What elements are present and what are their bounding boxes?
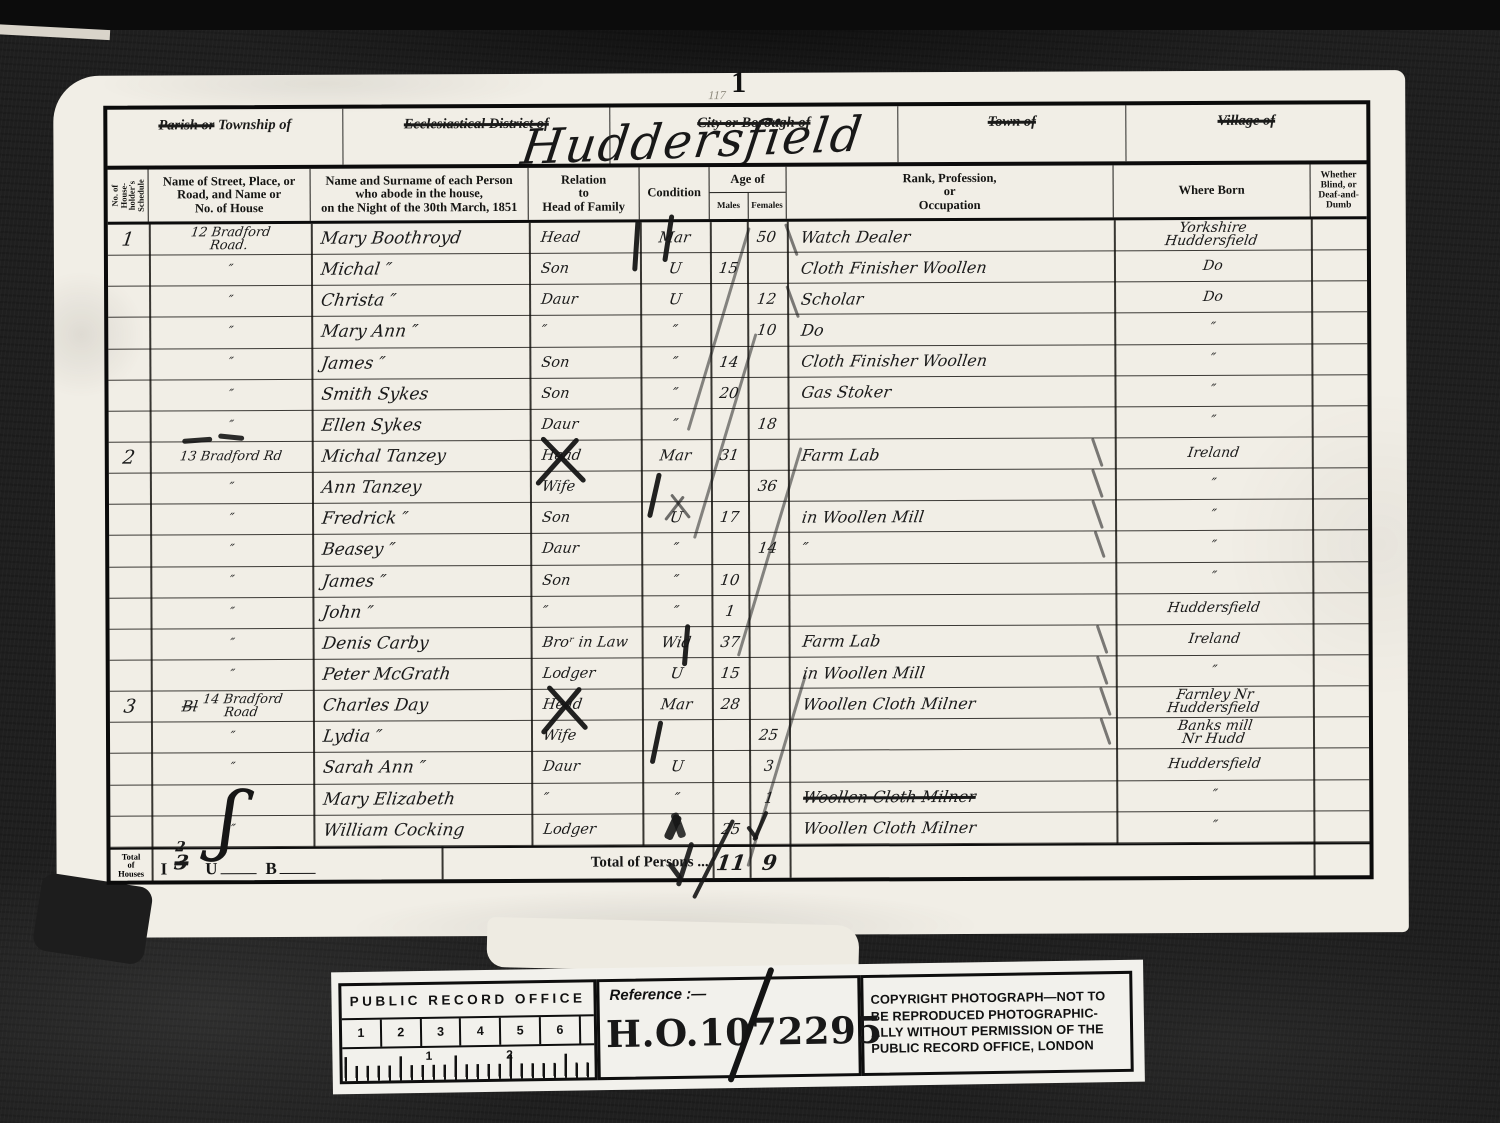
cell-relation: Broʳ in Law bbox=[531, 627, 642, 658]
cell-street: ″ bbox=[150, 598, 312, 629]
pro-office-title: PUBLIC RECORD OFFICE bbox=[341, 982, 594, 1020]
total-females: 9 bbox=[747, 847, 791, 878]
cell-born: Farnley Nr Huddersfield bbox=[1116, 687, 1313, 718]
census-page: 1 117 Huddersfield Parish or Township of… bbox=[53, 70, 1409, 938]
cell-blind bbox=[1312, 468, 1368, 498]
cell-born: Huddersfield bbox=[1115, 593, 1312, 624]
totals-row: Total of Houses I 2 3 U B Total of Perso… bbox=[110, 842, 1369, 880]
page-number: 1 bbox=[731, 66, 746, 100]
cell-schedule bbox=[108, 349, 149, 379]
cell-relation: Head bbox=[531, 690, 642, 721]
cell-occupation: Cloth Finisher Woollen bbox=[787, 251, 1114, 283]
ruler-inch-label: 2 bbox=[382, 1018, 422, 1046]
cell-age_f: 36 bbox=[748, 471, 788, 501]
cell-born: ″ bbox=[1114, 375, 1311, 406]
cell-name: William Cocking bbox=[313, 815, 531, 846]
cell-blind bbox=[1313, 780, 1369, 810]
background-top-band bbox=[0, 0, 1500, 30]
cell-age_m bbox=[712, 782, 749, 812]
ruler-tick-label: 2 bbox=[506, 1047, 513, 1061]
col-header-relation: Relation to Head of Family bbox=[529, 167, 640, 219]
cell-name: Mary Ann ″ bbox=[311, 316, 529, 347]
cell-schedule bbox=[108, 256, 149, 286]
cell-blind bbox=[1313, 686, 1369, 716]
cell-born: ″ bbox=[1114, 313, 1311, 344]
cell-occupation: in Woollen Mill bbox=[788, 501, 1115, 533]
cell-relation: Son bbox=[529, 378, 640, 409]
cell-blind bbox=[1313, 655, 1369, 685]
ruler-tick-label: 1 bbox=[425, 1048, 432, 1062]
cell-schedule bbox=[108, 318, 149, 348]
cell-relation: Daur bbox=[529, 285, 640, 316]
reference-box: Reference :— H.O.1072295 bbox=[596, 975, 862, 1080]
cell-name: Peter McGrath bbox=[313, 659, 531, 690]
col-header-blind: Whether Blind, or Deaf-and- Dumb bbox=[1311, 164, 1367, 216]
cell-blind bbox=[1312, 437, 1368, 467]
copyright-box: COPYRIGHT PHOTOGRAPH—NOT TOBE REPRODUCED… bbox=[860, 970, 1134, 1075]
cell-occupation: Farm Lab bbox=[789, 625, 1116, 657]
cell-age_m: 15 bbox=[712, 658, 749, 688]
col-header-condition: Condition bbox=[640, 167, 710, 219]
cell-occupation: Farm Lab bbox=[788, 438, 1115, 470]
cell-schedule bbox=[109, 536, 150, 566]
cell-relation: ″ bbox=[530, 596, 641, 627]
cell-occupation: Cloth Finisher Woollen bbox=[787, 345, 1114, 377]
cell-street: 12 Bradford Road. bbox=[149, 224, 311, 255]
cell-condition: ″ bbox=[641, 533, 711, 563]
cell-name: Smith Sykes bbox=[311, 379, 529, 410]
cell-occupation: Woollen Cloth Milner bbox=[789, 781, 1116, 813]
cell-born: ″ bbox=[1115, 562, 1312, 593]
cell-street: Bl14 Bradford Road bbox=[151, 691, 313, 722]
cell-age_m: 28 bbox=[712, 689, 749, 719]
cell-born: ″ bbox=[1116, 780, 1313, 811]
cell-name: Ellen Sykes bbox=[312, 410, 530, 441]
col-header-street: Name of Street, Place, or Road, and Name… bbox=[149, 169, 311, 222]
ruler-inches: 123456 bbox=[342, 1016, 594, 1049]
cell-blind bbox=[1312, 562, 1368, 592]
col-header-age: Age of Males Females bbox=[710, 167, 787, 219]
cell-blind bbox=[1313, 624, 1369, 654]
cell-condition: U bbox=[642, 658, 712, 688]
cell-condition: ″ bbox=[640, 316, 710, 346]
cell-street: ″ bbox=[149, 317, 311, 348]
cell-age_m bbox=[711, 471, 748, 501]
building-label: B bbox=[265, 859, 276, 879]
cell-schedule bbox=[109, 411, 150, 441]
cell-name: Fredrick ″ bbox=[312, 503, 530, 534]
cell-relation: Head bbox=[529, 222, 640, 253]
total-houses-label: Total of Houses bbox=[111, 850, 152, 881]
cell-age_m: 10 bbox=[711, 564, 748, 594]
cell-age_m bbox=[712, 720, 749, 750]
cell-born: Do bbox=[1114, 251, 1311, 282]
cell-schedule: 1 bbox=[108, 225, 149, 255]
ruler-inch-end bbox=[581, 1016, 595, 1043]
cell-occupation: Scholar bbox=[787, 283, 1114, 315]
cell-blind bbox=[1312, 499, 1368, 529]
pen-marks bbox=[53, 70, 1405, 76]
cell-condition: U bbox=[640, 284, 710, 314]
cell-schedule: 3 bbox=[110, 692, 151, 722]
cell-age_f bbox=[747, 346, 787, 376]
cell-schedule bbox=[110, 816, 151, 846]
cell-name: Lydia ″ bbox=[313, 721, 531, 752]
cell-condition: ″ bbox=[641, 565, 711, 595]
form-header-field: Town of bbox=[898, 105, 1126, 162]
cell-blind bbox=[1312, 406, 1368, 436]
cell-age_f bbox=[747, 253, 787, 283]
cell-born: ″ bbox=[1116, 655, 1313, 686]
cell-schedule bbox=[109, 474, 150, 504]
cell-age_f bbox=[749, 689, 789, 719]
cell-occupation: Woollen Cloth Milner bbox=[789, 812, 1116, 844]
cell-schedule bbox=[108, 287, 149, 317]
cell-condition: Wid bbox=[642, 627, 712, 657]
cell-born: Banks mill Nr Hudd bbox=[1116, 718, 1313, 749]
cell-blind bbox=[1312, 593, 1368, 623]
cell-condition: ″ bbox=[640, 347, 710, 377]
cell-age_f bbox=[747, 377, 787, 407]
cell-occupation: Woollen Cloth Milner bbox=[789, 687, 1116, 719]
cell-name: James ″ bbox=[311, 347, 529, 378]
column-header-row: No. of House-holder's Schedule Name of S… bbox=[108, 164, 1367, 224]
cell-born: ″ bbox=[1115, 406, 1312, 437]
cell-relation: Daur bbox=[531, 752, 642, 783]
cell-occupation bbox=[789, 750, 1116, 782]
cell-schedule bbox=[109, 598, 150, 628]
cell-relation: Son bbox=[529, 347, 640, 378]
cell-blind bbox=[1312, 531, 1368, 561]
cell-age_f: 18 bbox=[748, 409, 788, 439]
cell-blind bbox=[1313, 749, 1369, 779]
cell-occupation bbox=[788, 594, 1115, 626]
cell-relation: Son bbox=[530, 503, 641, 534]
cell-relation: Lodger bbox=[531, 658, 642, 689]
cell-condition: ″ bbox=[642, 783, 712, 813]
cell-born: Ireland bbox=[1116, 624, 1313, 655]
census-table: Parish or Township ofEcclesiastical Dist… bbox=[103, 100, 1373, 885]
cell-age_m bbox=[712, 751, 749, 781]
ruler-inch-label: 5 bbox=[501, 1017, 541, 1045]
cell-occupation: ″ bbox=[788, 532, 1115, 564]
pro-office-box: PUBLIC RECORD OFFICE 123456 12 bbox=[338, 979, 598, 1084]
cell-condition: ″ bbox=[641, 596, 711, 626]
col-header-females: Females bbox=[748, 193, 786, 219]
cell-schedule bbox=[110, 754, 151, 784]
cell-name: Ann Tanzey bbox=[312, 472, 530, 503]
cell-name: Charles Day bbox=[313, 690, 531, 721]
torn-corner bbox=[32, 872, 155, 966]
cell-blind bbox=[1311, 282, 1367, 312]
copyright-line: PUBLIC RECORD OFFICE, LONDON bbox=[871, 1037, 1123, 1057]
cell-blind bbox=[1311, 250, 1367, 280]
cell-condition: Mar bbox=[642, 689, 712, 719]
ruler-ticks: 12 bbox=[342, 1045, 594, 1081]
cell-occupation: in Woollen Mill bbox=[789, 656, 1116, 688]
pro-reference-stamp: PUBLIC RECORD OFFICE 123456 12 Reference… bbox=[331, 960, 1145, 1095]
cell-street: ″ bbox=[151, 660, 313, 691]
cell-relation: Lodger bbox=[531, 814, 642, 845]
col-header-occupation: Rank, Profession, or Occupation bbox=[787, 165, 1114, 218]
cell-schedule bbox=[110, 661, 151, 691]
cell-age_f bbox=[748, 440, 788, 470]
cell-street: ″ bbox=[149, 380, 311, 411]
cell-born: ″ bbox=[1114, 344, 1311, 375]
table-row: ″William CockingLodger″25Woollen Cloth M… bbox=[110, 811, 1369, 848]
form-header-field: Parish or Township of bbox=[107, 109, 343, 166]
cell-occupation bbox=[788, 563, 1115, 595]
cell-schedule bbox=[109, 505, 150, 535]
cell-street: ″ bbox=[150, 473, 312, 504]
cell-occupation: Watch Dealer bbox=[787, 220, 1114, 252]
cell-occupation: Gas Stoker bbox=[787, 376, 1114, 408]
cell-relation: ″ bbox=[531, 783, 642, 814]
ruler-inch-label: 4 bbox=[461, 1017, 501, 1045]
cell-age_m: 1 bbox=[711, 596, 748, 626]
cell-street: ″ bbox=[149, 255, 311, 286]
cell-name: Mary Elizabeth bbox=[313, 783, 531, 814]
cell-street: ″ bbox=[149, 348, 311, 379]
cell-street: ″ bbox=[149, 286, 311, 317]
cell-occupation bbox=[788, 407, 1115, 439]
cell-born: ″ bbox=[1115, 531, 1312, 562]
cell-street: ″ bbox=[151, 722, 313, 753]
blank-line bbox=[280, 859, 316, 874]
cell-schedule bbox=[109, 567, 150, 597]
cell-name: Michal Tanzey bbox=[312, 441, 530, 472]
houses-summary: I 2 3 U B bbox=[161, 854, 322, 880]
cell-name: Mary Boothroyd bbox=[311, 223, 529, 254]
cell-name: Michal ″ bbox=[311, 254, 529, 285]
ruler-inch-label: 3 bbox=[421, 1018, 461, 1046]
cell-name: James ″ bbox=[312, 565, 530, 596]
col-header-males: Males bbox=[710, 193, 749, 219]
cell-street: ″ bbox=[150, 535, 312, 566]
cell-relation: ″ bbox=[529, 316, 640, 347]
cell-schedule bbox=[110, 629, 151, 659]
inhabited-label: I bbox=[161, 859, 168, 879]
cell-street: 13 Bradford Rd bbox=[150, 442, 312, 473]
form-header-field: Village of bbox=[1126, 104, 1366, 161]
cell-occupation bbox=[788, 469, 1115, 501]
folio-number: 117 bbox=[707, 88, 728, 103]
cell-street: ″ bbox=[150, 504, 312, 535]
houses-count: 2 3 bbox=[170, 854, 202, 874]
cell-relation: Son bbox=[529, 254, 640, 285]
cell-condition: ″ bbox=[641, 409, 711, 439]
cell-schedule bbox=[110, 785, 151, 815]
ruler-inch-label: 1 bbox=[342, 1019, 382, 1047]
cell-occupation bbox=[789, 719, 1116, 751]
cell-name: Sarah Ann ″ bbox=[313, 752, 531, 783]
cell-born: ″ bbox=[1115, 500, 1312, 531]
cell-age_m bbox=[711, 533, 748, 563]
cell-born: ″ bbox=[1115, 469, 1312, 500]
cell-condition: Mar bbox=[640, 222, 710, 252]
col-header-name: Name and Surname of each Person who abod… bbox=[311, 168, 529, 221]
cell-age_f bbox=[749, 627, 789, 657]
cell-born: Huddersfield bbox=[1116, 749, 1313, 780]
cell-age_f bbox=[748, 564, 788, 594]
cell-age_f: 3 bbox=[749, 751, 789, 781]
cell-name: Christa ″ bbox=[311, 285, 529, 316]
cell-street: ″ bbox=[151, 629, 313, 660]
cell-blind bbox=[1311, 344, 1367, 374]
cell-schedule bbox=[108, 380, 149, 410]
cell-street: ″ bbox=[150, 566, 312, 597]
cell-name: John ″ bbox=[312, 597, 530, 628]
col-header-born: Where Born bbox=[1114, 164, 1311, 217]
cell-schedule bbox=[110, 723, 151, 753]
form-header-field: Ecclesiastical District of bbox=[343, 108, 610, 165]
cell-condition: U bbox=[640, 253, 710, 283]
cell-condition: Mar bbox=[641, 440, 711, 470]
cell-age_f: 50 bbox=[747, 222, 787, 252]
cell-blind bbox=[1311, 313, 1367, 343]
cell-relation: Daur bbox=[530, 409, 641, 440]
cell-age_f bbox=[749, 658, 789, 688]
cell-blind bbox=[1313, 717, 1369, 747]
cell-age_m: 17 bbox=[711, 502, 748, 532]
cell-born: Do bbox=[1114, 282, 1311, 313]
cell-relation: Daur bbox=[530, 534, 641, 565]
cell-occupation: Do bbox=[787, 314, 1114, 346]
cell-age_f: 12 bbox=[747, 284, 787, 314]
cell-blind bbox=[1311, 375, 1367, 405]
cell-born: Yorkshire Huddersfield bbox=[1114, 219, 1311, 250]
reference-label: Reference :— bbox=[609, 983, 847, 1004]
cell-name: Beasey ″ bbox=[312, 534, 530, 565]
col-header-schedule: No. of House-holder's Schedule bbox=[108, 170, 149, 222]
cell-born: ″ bbox=[1116, 811, 1313, 842]
cell-relation: Son bbox=[530, 565, 641, 596]
cell-blind bbox=[1313, 811, 1369, 841]
photostat-background: 1 117 Huddersfield Parish or Township of… bbox=[0, 0, 1500, 1123]
cell-name: Denis Carby bbox=[313, 628, 531, 659]
form-header-field: City or Borough of bbox=[610, 106, 898, 163]
census-rows: 112 Bradford Road.Mary BoothroydHeadMar5… bbox=[108, 219, 1370, 847]
cell-schedule: 2 bbox=[109, 443, 150, 473]
form-header-row: Parish or Township ofEcclesiastical Dist… bbox=[107, 104, 1366, 169]
cell-born: Ireland bbox=[1115, 437, 1312, 468]
cell-blind bbox=[1311, 219, 1367, 249]
ruler-inch-label: 6 bbox=[541, 1016, 581, 1044]
